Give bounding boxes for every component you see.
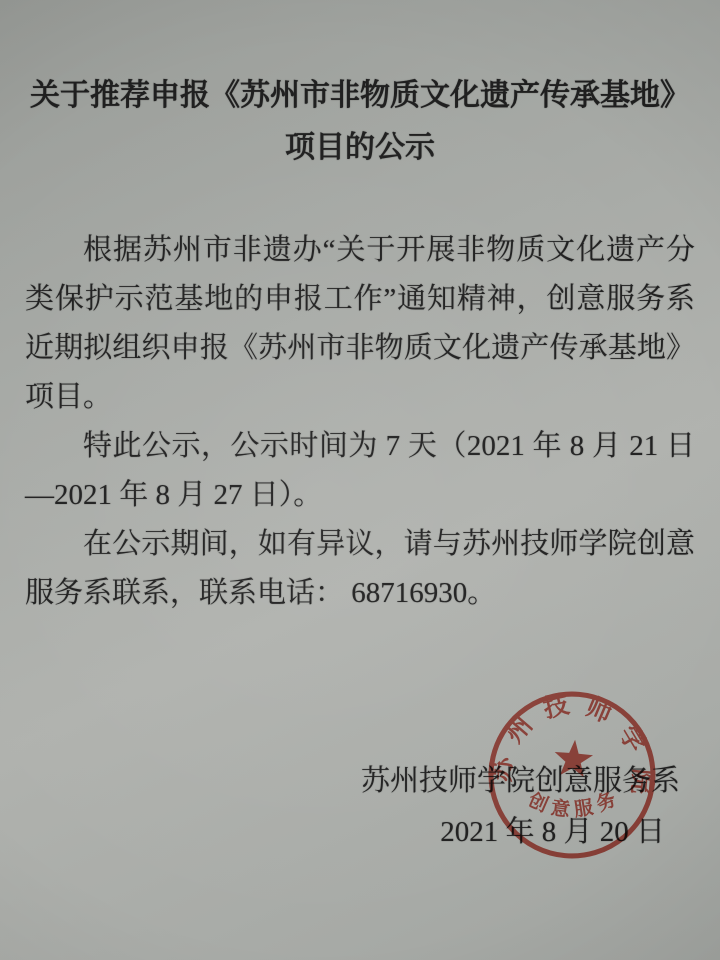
document-photo: 关于推荐申报《苏州市非物质文化遗产传承基地》项目的公示 根据苏州市非遗办“关于开… — [0, 0, 720, 960]
notice-paragraph-1: 根据苏州市非遗办“关于开展非物质文化遗产分类保护示范基地的申报工作”通知精神，创… — [25, 226, 695, 422]
star-icon — [553, 738, 594, 778]
seal-ring-text: 苏州技师学院 — [486, 684, 663, 796]
notice-paragraph-3: 在公示期间，如有异议，请与苏州技师学院创意服务系联系，联系电话： 6871693… — [25, 520, 695, 618]
notice-body: 根据苏州市非遗办“关于开展非物质文化遗产分类保护示范基地的申报工作”通知精神，创… — [25, 226, 695, 618]
notice-paragraph-2: 特此公示，公示时间为 7 天（2021 年 8 月 21 日—2021 年 8 … — [25, 422, 695, 520]
notice-title: 关于推荐申报《苏州市非物质文化遗产传承基地》项目的公示 — [25, 70, 695, 174]
official-seal: 苏州技师学院 创意服务系 — [479, 682, 665, 868]
